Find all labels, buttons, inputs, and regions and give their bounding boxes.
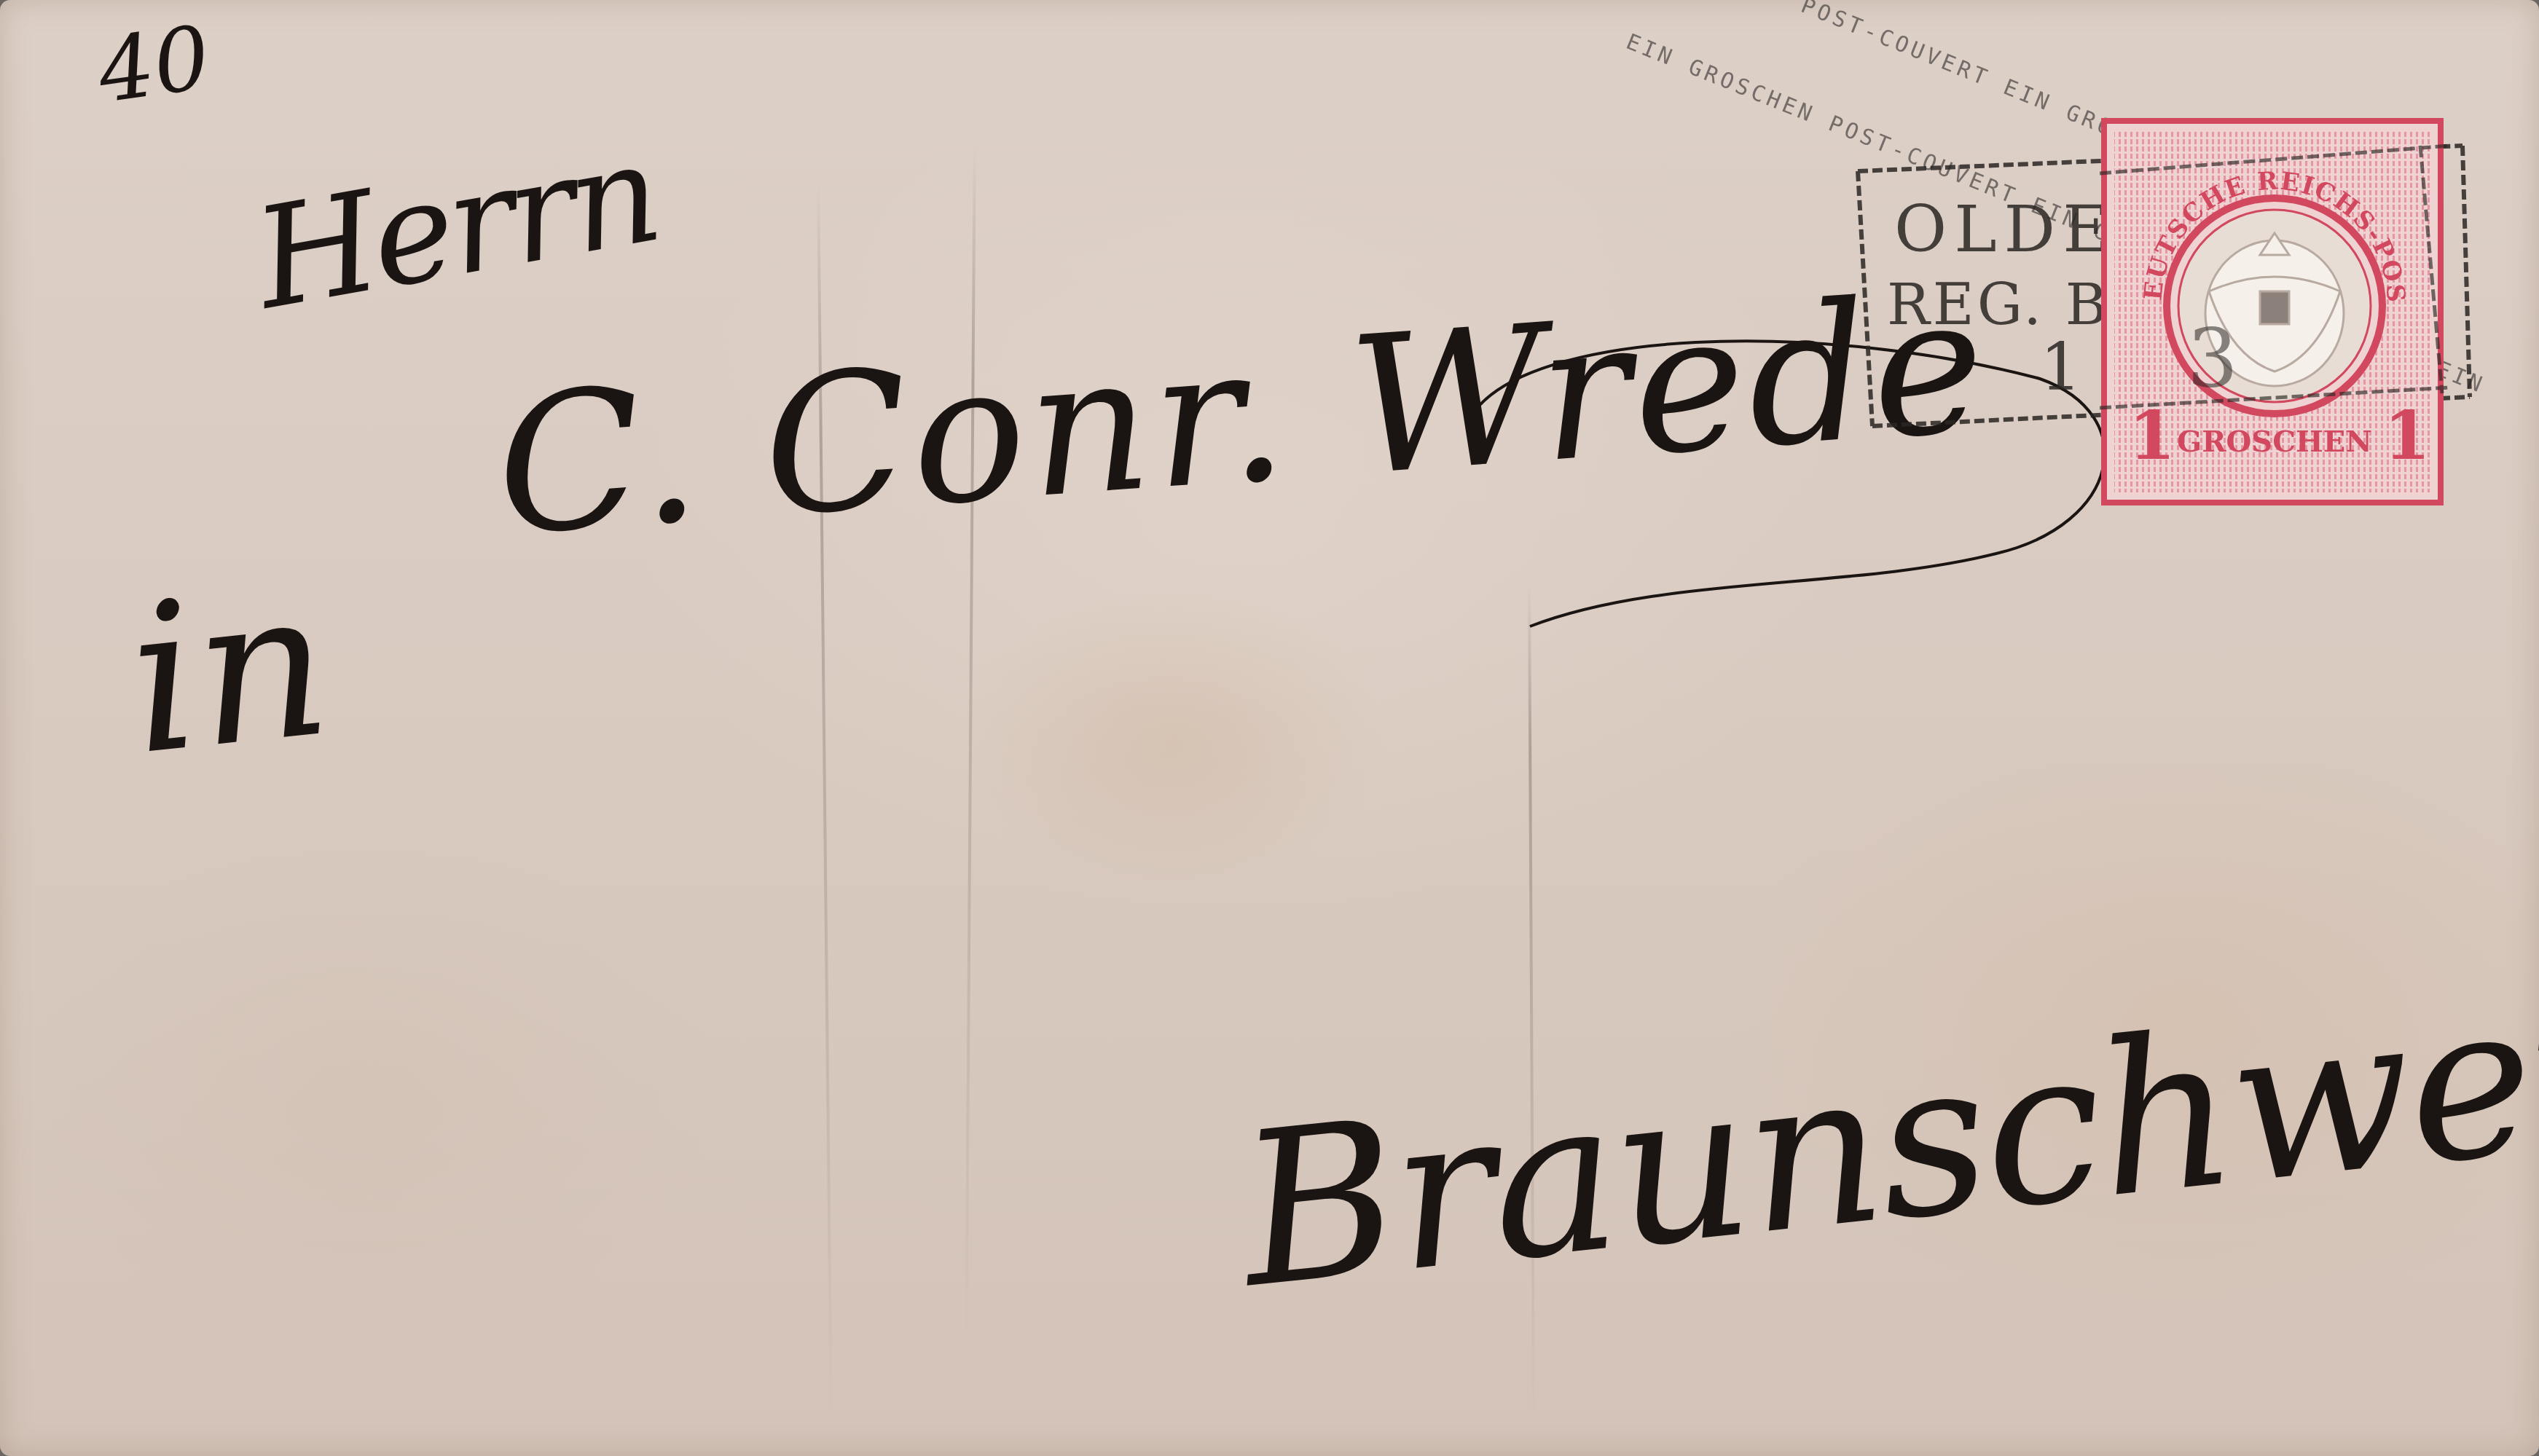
address-prefix: in: [119, 544, 340, 800]
address-salutation: Herrn: [244, 112, 668, 341]
handwritten-annotation: 40: [92, 7, 216, 123]
address-city: Braunschweig: [1230, 935, 2539, 1335]
svg-text:1: 1: [2129, 396, 2175, 475]
envelope: EIN GROSCHEN POST-COUVERT EIN GROSCHEN P…: [0, 0, 2539, 1456]
svg-text:GROSCHEN: GROSCHEN: [2177, 425, 2372, 459]
postage-stamp-imprint: DEUTSCHE REICHS-POST 1 GROSCHEN 1 3: [2100, 117, 2449, 510]
svg-text:1: 1: [2040, 329, 2081, 406]
svg-text:3: 3: [2187, 312, 2238, 405]
svg-text:1: 1: [2384, 396, 2430, 475]
